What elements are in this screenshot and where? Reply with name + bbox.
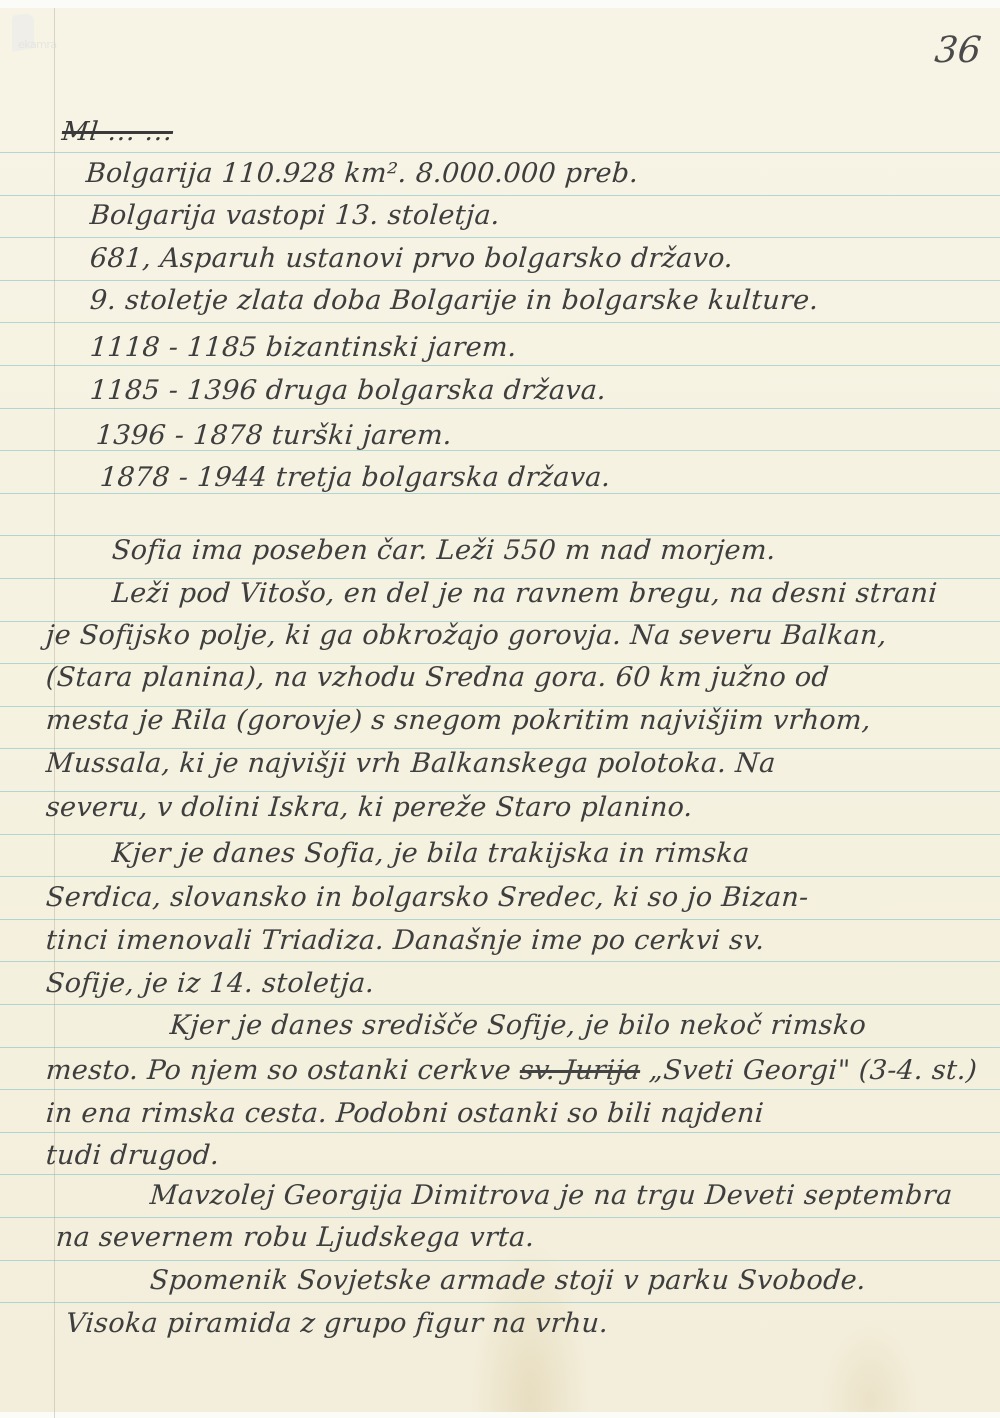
page-number: 36 — [933, 30, 983, 71]
ruled-line — [0, 280, 1000, 281]
ruled-line — [0, 237, 1000, 238]
struck-out-heading: Ml ... ... — [60, 117, 174, 147]
ruled-line — [0, 1174, 1000, 1175]
body-line: mesta je Rila (gorovje) s snegom pokriti… — [45, 705, 872, 736]
ruled-line — [0, 1132, 1000, 1133]
ruled-line — [0, 365, 1000, 366]
archive-watermark-logo: ekamra — [8, 10, 56, 60]
ruled-line — [0, 1260, 1000, 1261]
ruled-line — [0, 1047, 1000, 1048]
body-line: Sofia ima poseben čar. Leži 550 m nad mo… — [111, 535, 777, 566]
ruled-line — [0, 961, 1000, 962]
timeline-line: 1185 - 1396 druga bolgarska država. — [89, 375, 607, 406]
scan-border-bottom — [0, 1412, 1000, 1418]
body-line: Leži pod Vitošo, en del je na ravnem bre… — [111, 578, 938, 609]
timeline-line: 1118 - 1185 bizantinski jarem. — [89, 332, 518, 363]
timeline-line: 681, Asparuh ustanovi prvo bolgarsko drž… — [89, 243, 734, 274]
body-line: Kjer je danes Sofia, je bila trakijska i… — [111, 838, 751, 869]
timeline-line: 9. stoletje zlata doba Bolgarije in bolg… — [89, 285, 820, 316]
handwritten-notebook-page: ekamra 36 Ml ... ... Bolgarija 110.928 k… — [0, 0, 1000, 1418]
body-text: „Sveti Georgi" (3-4. st.) — [648, 1055, 978, 1086]
body-line: tudi drugod. — [45, 1140, 220, 1171]
ruled-line — [0, 919, 1000, 920]
body-line: Kjer je danes središče Sofije, je bilo n… — [169, 1010, 867, 1041]
ruled-line — [0, 493, 1000, 494]
ruled-line — [0, 152, 1000, 153]
body-line: Spomenik Sovjetske armade stoji v parku … — [149, 1265, 867, 1296]
ruled-line — [0, 834, 1000, 835]
timeline-line: Bolgarija vastopi 13. stoletja. — [89, 200, 501, 231]
body-line: (Stara planina), na vzhodu Sredna gora. … — [45, 662, 830, 693]
body-line: in ena rimska cesta. Podobni ostanki so … — [45, 1098, 765, 1129]
struck-out-word: sv. Jurija — [519, 1055, 641, 1086]
body-line: Visoka piramida z grupo figur na vrhu. — [65, 1308, 609, 1339]
ruled-line — [0, 1004, 1000, 1005]
body-line: Mussala, ki je najvišji vrh Balkanskega … — [45, 748, 777, 779]
ruled-line — [0, 876, 1000, 877]
ruled-line — [0, 322, 1000, 323]
timeline-line: Bolgarija 110.928 km². 8.000.000 preb. — [85, 158, 639, 189]
body-line: Serdica, slovansko in bolgarsko Sredec, … — [45, 882, 810, 913]
body-line: Mavzolej Georgija Dimitrova je na trgu D… — [149, 1180, 954, 1211]
body-line: je Sofijsko polje, ki ga obkrožajo gorov… — [45, 620, 888, 651]
watermark-label: ekamra — [18, 38, 57, 51]
body-text: mesto. Po njem so ostanki cerkve — [45, 1055, 512, 1086]
ruled-line — [0, 195, 1000, 196]
ruled-line — [0, 1217, 1000, 1218]
body-line-with-correction: mesto. Po njem so ostanki cerkve sv. Jur… — [45, 1055, 978, 1086]
ruled-line — [0, 1302, 1000, 1303]
ruled-line — [0, 408, 1000, 409]
timeline-line: 1396 - 1878 turški jarem. — [95, 420, 453, 451]
body-line: Sofije, je iz 14. stoletja. — [45, 968, 376, 999]
ruled-line — [0, 1089, 1000, 1090]
scan-border-top — [0, 0, 1000, 8]
timeline-line: 1878 - 1944 tretja bolgarska država. — [99, 462, 612, 493]
body-line: na severnem robu Ljudskega vrta. — [55, 1222, 536, 1253]
body-line: severu, v dolini Iskra, ki pereže Staro … — [45, 792, 694, 823]
body-line: tinci imenovali Triadiza. Današnje ime p… — [45, 925, 766, 956]
